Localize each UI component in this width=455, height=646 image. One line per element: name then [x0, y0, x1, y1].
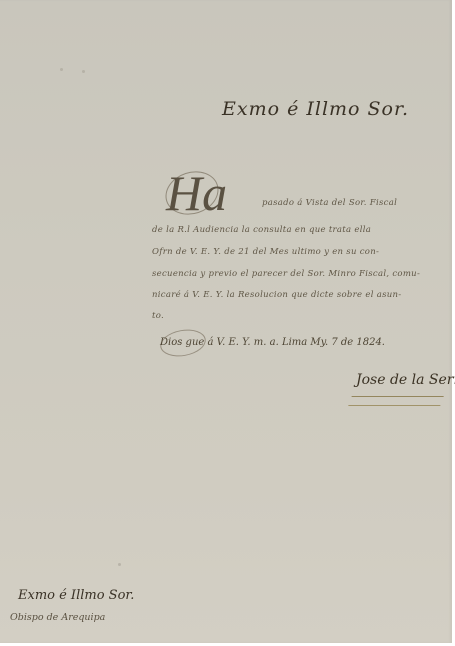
body-line: nicaré á V. E. Y. la Resolucion que dict…: [152, 290, 401, 300]
decorative-initial: Ha: [166, 168, 227, 218]
body-line: Ofrn de V. E. Y. de 21 del Mes ultimo y …: [152, 247, 379, 257]
paper-spot: [118, 563, 121, 566]
body-line: to.: [152, 311, 164, 321]
signature-rubric: [348, 396, 444, 406]
paper-spot: [60, 68, 63, 71]
addressee-title: Exmo é Illmo Sor.: [18, 588, 134, 603]
salutation: Exmo é Illmo Sor.: [222, 98, 409, 120]
manuscript-page: Exmo é Illmo Sor. Ha pasado á Vista del …: [0, 0, 452, 643]
body-line: secuencia y previo el parecer del Sor. M…: [152, 269, 420, 279]
paper-spot: [82, 70, 85, 73]
addressee-name: Obispo de Arequipa: [10, 612, 105, 623]
signature: Jose de la Serna: [356, 372, 455, 388]
closing-formula: Dios gue á V. E. Y. m. a. Lima My. 7 de …: [160, 337, 385, 348]
body-line: de la R.l Audiencia la consulta en que t…: [152, 225, 371, 235]
body-line: pasado á Vista del Sor. Fiscal: [262, 198, 397, 208]
